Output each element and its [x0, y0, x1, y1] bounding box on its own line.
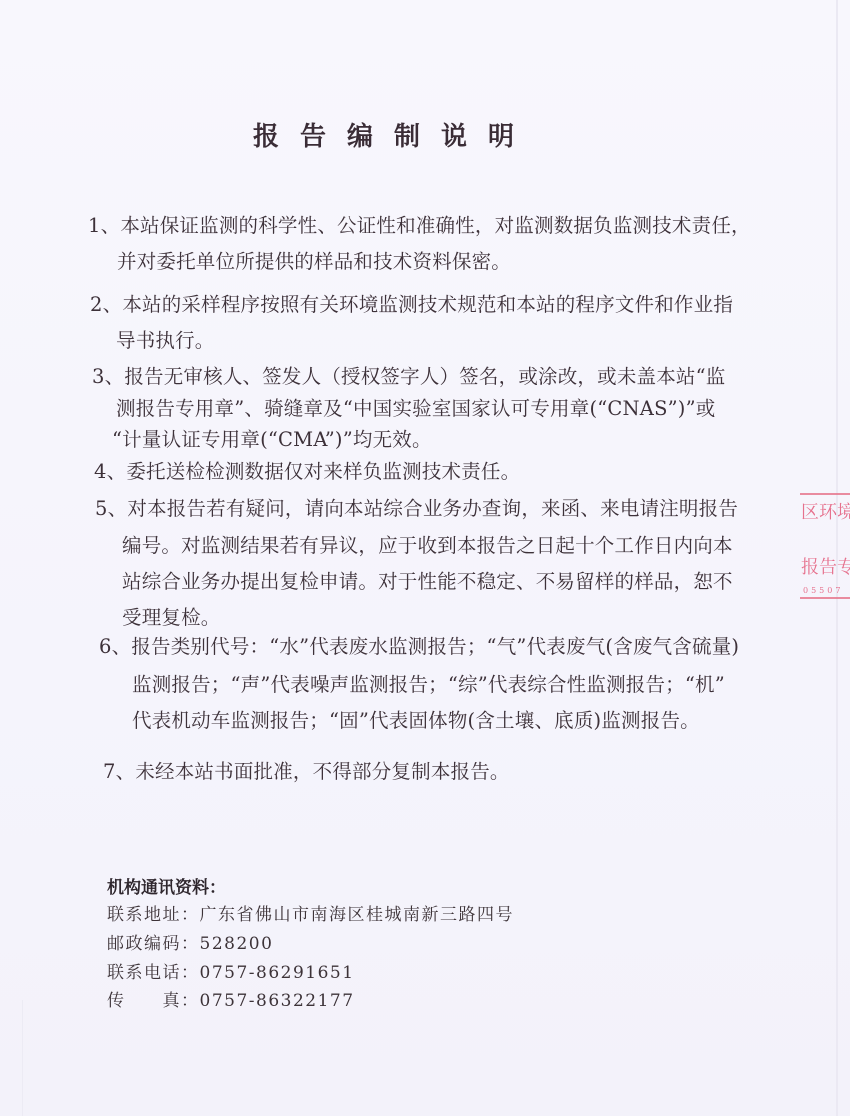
item-7-line-1: 7、未经本站书面批准，不得部分复制本报告。: [103, 756, 510, 784]
stamp-border-top: [800, 493, 850, 495]
item-1-line-1: 1、本站保证监测的科学性、公证性和准确性，对监测数据负监测技术责任，: [88, 210, 751, 238]
item-3-line-1: 3、报告无审核人、签发人（授权签字人）签名，或涂改，或未盖本站“监: [92, 361, 725, 389]
item-5-line-4: 受理复检。: [122, 602, 221, 630]
seal-stamp: 区环境 报告专 05507: [797, 490, 850, 600]
contact-label: 传 真：: [107, 986, 200, 1011]
page-title: 报告编制说明: [253, 116, 535, 153]
contact-label: 联系电话：: [107, 958, 200, 983]
item-number: 3、: [92, 365, 124, 388]
item-5-line-1: 5、对本报告若有疑问，请向本站综合业务办查询，来函、来电请注明报告: [95, 493, 738, 521]
stamp-text-1: 区环境: [801, 498, 850, 524]
stamp-text-3: 05507: [803, 586, 843, 595]
document-page: 报告编制说明 1、本站保证监测的科学性、公证性和准确性，对监测数据负监测技术责任…: [0, 0, 850, 1116]
contact-value: 广东省佛山市南海区桂城南新三路四号: [200, 900, 515, 925]
contact-heading: 机构通讯资料：: [107, 873, 226, 898]
contact-fax-row: 传 真：0757-86322177: [107, 986, 355, 1011]
item-number: 1、: [88, 214, 120, 237]
stamp-text-2: 报告专: [801, 553, 850, 579]
item-number: 7、: [103, 760, 135, 783]
item-6-line-3: 代表机动车监测报告；“固”代表固体物(含土壤、底质)监测报告。: [132, 705, 700, 733]
contact-address-row: 联系地址：广东省佛山市南海区桂城南新三路四号: [107, 900, 514, 925]
item-1-line-2: 并对委托单位所提供的样品和技术资料保密。: [117, 246, 511, 274]
item-4-line-1: 4、委托送检检测数据仅对来样负监测技术责任。: [94, 456, 520, 484]
item-number: 4、: [94, 460, 126, 483]
page-edge-left: [22, 1000, 23, 1116]
stamp-border-bottom: [800, 597, 850, 599]
item-5-line-2: 编号。对监测结果若有异议，应于收到本报告之日起十个工作日内向本: [122, 530, 733, 558]
item-number: 2、: [90, 293, 122, 316]
contact-postcode-row: 邮政编码：528200: [107, 929, 273, 954]
item-3-line-3: “计量认证专用章(“CMA”)”均无效。: [112, 424, 432, 452]
item-number: 5、: [95, 497, 127, 520]
contact-value: 528200: [200, 934, 274, 954]
contact-value: 0757-86322177: [200, 991, 355, 1011]
item-6-line-2: 监测报告；“声”代表噪声监测报告；“综”代表综合性监测报告；“机”: [132, 669, 725, 697]
contact-phone-row: 联系电话：0757-86291651: [107, 958, 355, 983]
contact-label: 邮政编码：: [107, 929, 200, 954]
item-5-line-3: 站综合业务办提出复检申请。对于性能不稳定、不易留样的样品，恕不: [122, 566, 733, 594]
item-2-line-2: 导书执行。: [116, 325, 215, 353]
item-6-line-1: 6、报告类别代号：“水”代表废水监测报告；“气”代表废气(含废气含硫量): [99, 631, 739, 659]
contact-value: 0757-86291651: [200, 963, 355, 983]
item-number: 6、: [99, 635, 131, 658]
item-3-line-2: 测报告专用章”、骑缝章及“中国实验室国家认可专用章(“CNAS”)”或: [116, 393, 715, 421]
item-2-line-1: 2、本站的采样程序按照有关环境监测技术规范和本站的程序文件和作业指: [90, 289, 733, 317]
contact-label: 联系地址：: [107, 900, 200, 925]
